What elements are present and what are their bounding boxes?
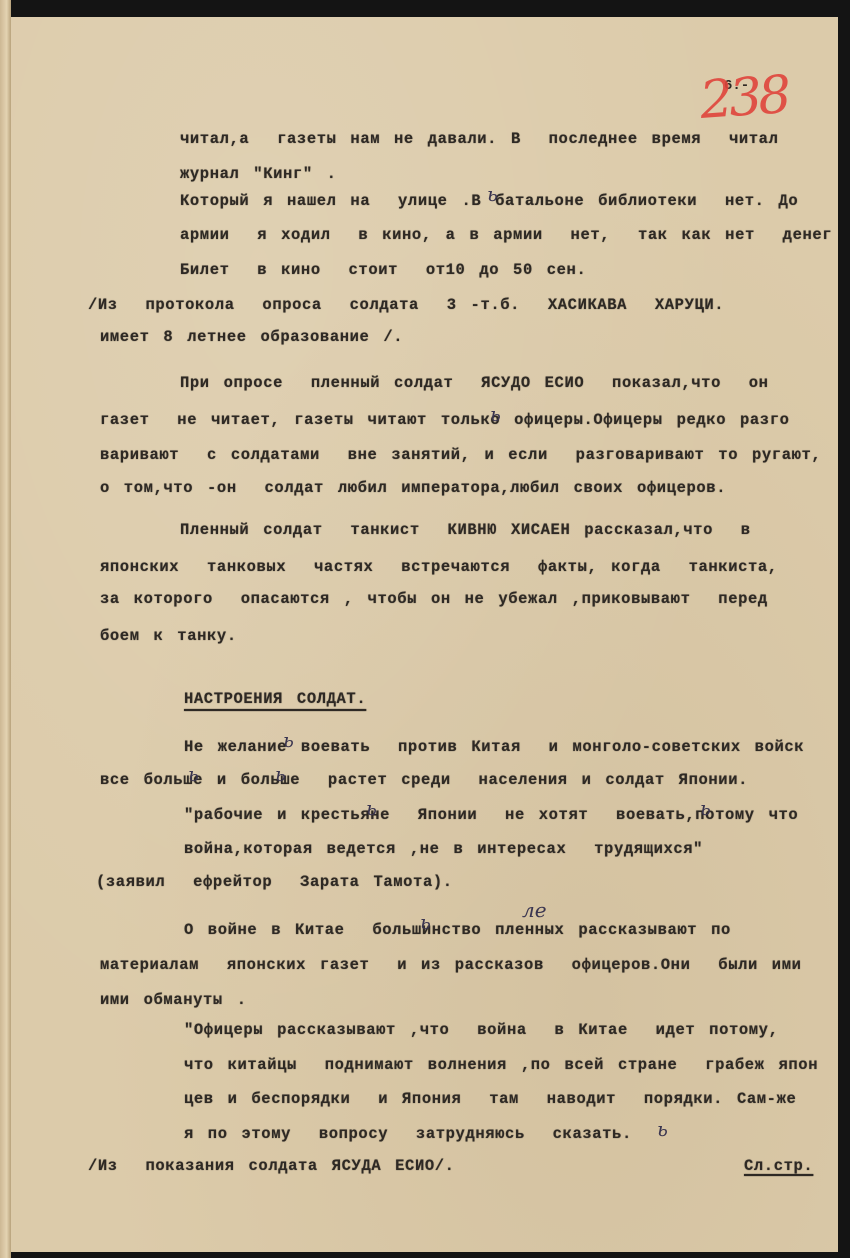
text-line: При опросе пленный солдат ЯСУДО ЕСИО пок… bbox=[180, 374, 769, 392]
text-line: Билет в кино стоит от10 до 50 сен. bbox=[180, 261, 586, 279]
attribution-line: (заявил ефрейтор Зарата Тамота). bbox=[96, 873, 453, 891]
text-line: боем к танку. bbox=[100, 627, 237, 645]
next-page-mark: Сл.стр. bbox=[744, 1157, 813, 1175]
text-line: о том,что -он солдат любил императора,лю… bbox=[100, 479, 726, 497]
text-line: Пленный солдат танкист КИВНЮ ХИСАЕН расс… bbox=[180, 521, 751, 539]
handwritten-correction: ь bbox=[490, 402, 501, 426]
quote-line: я по этому вопросу затрудняюсь сказать. bbox=[184, 1125, 632, 1143]
quote-line: "Офицеры рассказывают ,что война в Китае… bbox=[184, 1021, 778, 1039]
handwritten-correction: ь bbox=[657, 1117, 668, 1141]
text-line: варивают с солдатами вне занятий, и если… bbox=[100, 446, 821, 464]
text-line: Не желание воевать против Китая и монгол… bbox=[184, 738, 804, 756]
text-line: ими обмануты . bbox=[100, 991, 247, 1009]
source-note: /Из показания солдата ЯСУДА ЕСИО/. bbox=[88, 1157, 455, 1175]
binding-spine bbox=[0, 0, 11, 1258]
text-line: О войне в Китае большинство пленных расс… bbox=[184, 921, 731, 939]
source-note: имеет 8 летнее образование /. bbox=[100, 328, 403, 346]
text-line: материалам японских газет и из рассказов… bbox=[100, 956, 802, 974]
handwritten-correction: ь bbox=[366, 796, 377, 820]
handwritten-correction: ь bbox=[188, 762, 199, 786]
quote-line: что китайцы поднимают волнения ,по всей … bbox=[184, 1056, 818, 1074]
section-heading: НАСТРОЕНИЯ СОЛДАТ. bbox=[184, 690, 366, 708]
handwritten-correction: ле bbox=[522, 898, 547, 922]
text-line: журнал "Кинг" . bbox=[180, 165, 337, 183]
text-line: армии я ходил в кино, а в армии нет, так… bbox=[180, 226, 832, 244]
text-line: японских танковых частях встречаются фак… bbox=[100, 558, 778, 576]
handwritten-correction: ь bbox=[275, 762, 286, 786]
quote-line: цев и беспорядки и Япония там наводит по… bbox=[184, 1090, 796, 1108]
archive-page-number: 238 bbox=[698, 65, 789, 131]
text-line: за которого опасаются , чтобы он не убеж… bbox=[100, 590, 768, 608]
handwritten-correction: ь bbox=[700, 796, 711, 820]
source-note: /Из протокола опроса солдата 3 -т.б. ХАС… bbox=[88, 296, 724, 314]
handwritten-correction: ь bbox=[283, 728, 294, 752]
quote-line: война,которая ведется ,не в интересах тр… bbox=[184, 840, 703, 858]
handwritten-correction: ь bbox=[420, 910, 431, 934]
text-line: газет не читает, газеты читают только оф… bbox=[100, 411, 790, 429]
handwritten-correction: ь bbox=[487, 182, 498, 206]
text-line: читал,а газеты нам не давали. В последне… bbox=[180, 130, 778, 148]
